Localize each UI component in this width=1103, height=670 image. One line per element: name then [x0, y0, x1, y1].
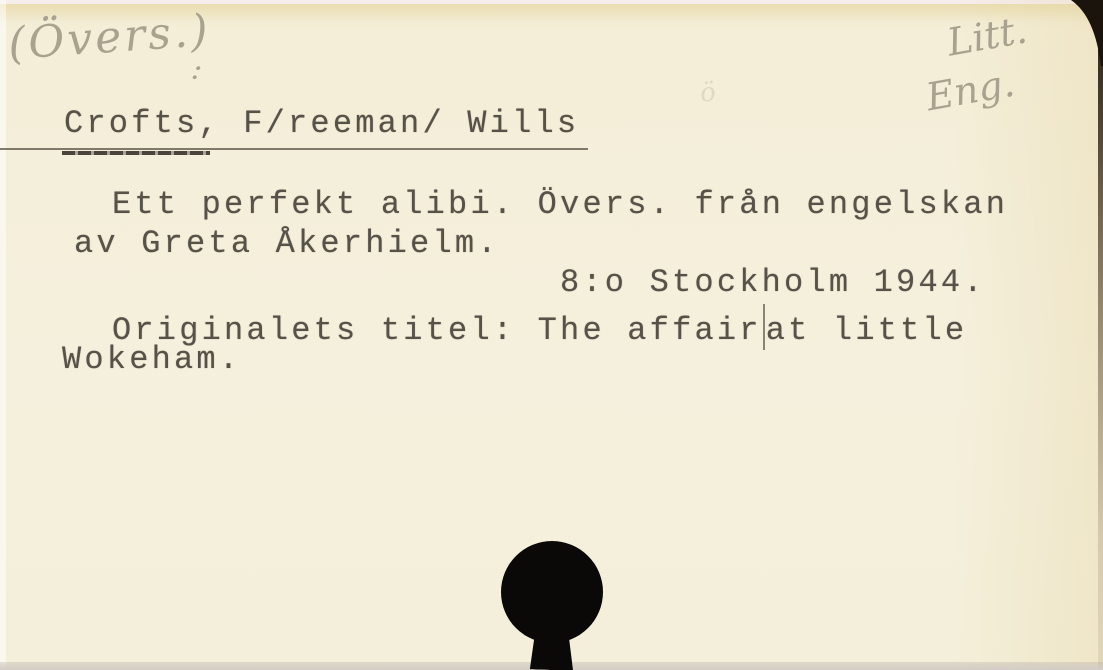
insertion-mark [763, 304, 765, 350]
heading-rule-line [0, 148, 588, 150]
imprint-line: 8:o Stockholm 1944. [560, 267, 986, 299]
card-left-edge [0, 0, 6, 670]
original-title-continuation: Wokeham. [62, 344, 241, 376]
title-line: Ett perfekt alibi. Övers. från engelskan [112, 189, 1008, 221]
original-title-after-mark: at little [766, 312, 968, 349]
translator-line: av Greta Åkerhielm. [74, 228, 500, 260]
author-forenames: , F/reeman/ Wills [198, 105, 579, 142]
scan-corner-background [1061, 0, 1103, 66]
author-surname: Crofts [64, 108, 198, 140]
catalog-card: (Övers.) : Litt. Eng. ö Crofts, F/reeman… [0, 0, 1103, 670]
author-heading: Crofts, F/reeman/ Wills [64, 108, 579, 140]
card-right-edge [1098, 0, 1103, 670]
faint-ghost-mark: ö [698, 77, 718, 109]
surname-underline [62, 151, 210, 155]
